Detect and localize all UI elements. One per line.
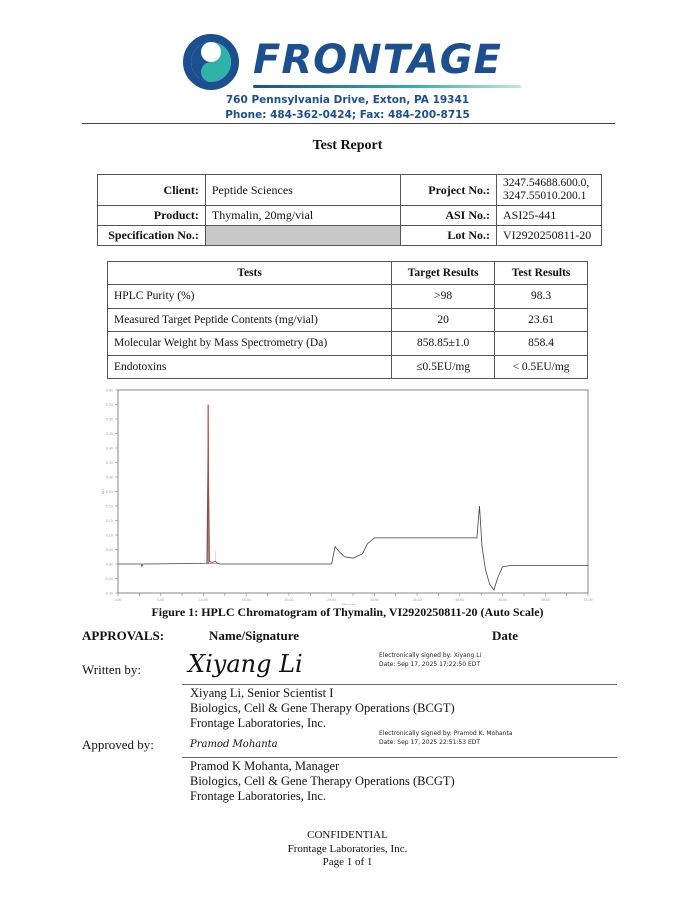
test-name: Measured Target Peptide Contents (mg/via… <box>108 308 392 332</box>
approver-name: Pramod K Mohanta, Manager <box>190 759 455 774</box>
esign-signer: Electronically signed by: Pramod K. Moha… <box>379 729 513 738</box>
test-result: 98.3 <box>495 285 588 309</box>
test-results-table: Tests Target Results Test Results HPLC P… <box>107 261 588 379</box>
approver-organization: Frontage Laboratories, Inc. <box>190 789 455 804</box>
logo-underline <box>253 85 521 88</box>
written-by-details: Xiyang Li, Senior Scientist I Biologics,… <box>190 686 455 731</box>
y-axis-label: AU <box>101 489 105 494</box>
svg-text:0.20: 0.20 <box>106 505 113 509</box>
lot-value: VI2920250811-20 <box>497 226 602 246</box>
svg-text:25.00: 25.00 <box>327 598 336 602</box>
confidential-notice: CONFIDENTIAL <box>0 829 695 843</box>
company-logo: FRONTAGE <box>183 34 513 90</box>
name-signature-heading: Name/Signature <box>209 628 299 644</box>
svg-text:-0.00: -0.00 <box>105 563 113 567</box>
svg-text:-0.10: -0.10 <box>105 592 113 596</box>
written-esignature: Electronically signed by: Xiyang Li Date… <box>379 651 481 669</box>
column-header-tests: Tests <box>108 262 392 285</box>
product-label: Product: <box>98 206 206 226</box>
svg-text:0.25: 0.25 <box>106 490 113 494</box>
asi-label: ASI No.: <box>401 206 497 226</box>
company-address: 760 Pennsylvania Drive, Exton, PA 19341 <box>0 94 695 106</box>
test-result: 23.61 <box>495 308 588 332</box>
svg-text:0.00: 0.00 <box>114 598 121 602</box>
page-number: Page 1 of 1 <box>0 856 695 870</box>
plot-frame <box>118 390 588 593</box>
report-title: Test Report <box>0 138 695 154</box>
product-value: Thymalin, 20mg/vial <box>205 206 400 226</box>
header-divider <box>82 123 615 124</box>
table-row: Client: Peptide Sciences Project No.: 32… <box>98 175 602 206</box>
frontage-logo-icon <box>183 34 239 90</box>
test-name: Endotoxins <box>108 355 392 379</box>
approved-esignature: Electronically signed by: Pramod K. Moha… <box>379 729 513 747</box>
hplc-chromatogram: -0.10-0.05-0.000.050.100.150.200.250.300… <box>95 385 595 605</box>
target-result: 858.85±1.0 <box>392 332 495 356</box>
approved-signature: Pramod Mohanta <box>190 739 278 750</box>
company-name: FRONTAGE <box>253 36 502 84</box>
test-result: < 0.5EU/mg <box>495 355 588 379</box>
company-phone: Phone: 484-362-0424; Fax: 484-200-8715 <box>0 109 695 121</box>
svg-text:0.40: 0.40 <box>106 447 113 451</box>
svg-text:0.05: 0.05 <box>106 548 113 552</box>
svg-text:55.00: 55.00 <box>583 598 592 602</box>
signer-department: Biologics, Cell & Gene Therapy Operation… <box>190 701 455 716</box>
svg-text:15.00: 15.00 <box>242 598 251 602</box>
table-row: Endotoxins ≤0.5EU/mg < 0.5EU/mg <box>108 355 588 379</box>
chromatogram-trace <box>118 405 588 591</box>
spec-value <box>205 226 400 246</box>
svg-text:-0.05: -0.05 <box>105 577 113 581</box>
signature-line <box>182 684 617 685</box>
approver-department: Biologics, Cell & Gene Therapy Operation… <box>190 774 455 789</box>
project-label: Project No.: <box>401 175 497 206</box>
svg-text:0.50: 0.50 <box>106 418 113 422</box>
esign-signer: Electronically signed by: Xiyang Li <box>379 651 481 660</box>
svg-text:30.00: 30.00 <box>370 598 379 602</box>
project-value: 3247.54688.600.0, 3247.55010.200.1 <box>497 175 602 206</box>
svg-text:35.00: 35.00 <box>413 598 422 602</box>
column-header-target: Target Results <box>392 262 495 285</box>
svg-text:0.45: 0.45 <box>106 432 113 436</box>
esign-date: Date: Sep 17, 2025 22:51:53 EDT <box>379 738 513 747</box>
signature-line <box>182 757 617 758</box>
svg-text:45.00: 45.00 <box>498 598 507 602</box>
written-by-label: Written by: <box>82 662 141 678</box>
svg-text:0.30: 0.30 <box>106 476 113 480</box>
svg-text:0.10: 0.10 <box>106 534 113 538</box>
target-result: >98 <box>392 285 495 309</box>
table-row: Molecular Weight by Mass Spectrometry (D… <box>108 332 588 356</box>
svg-text:40.00: 40.00 <box>455 598 464 602</box>
table-row: Measured Target Peptide Contents (mg/via… <box>108 308 588 332</box>
approved-by-details: Pramod K Mohanta, Manager Biologics, Cel… <box>190 759 455 804</box>
footer-organization: Frontage Laboratories, Inc. <box>0 843 695 857</box>
date-heading: Date <box>492 628 518 644</box>
client-label: Client: <box>98 175 206 206</box>
project-number-2: 3247.55010.200.1 <box>503 190 595 203</box>
svg-text:10.00: 10.00 <box>199 598 208 602</box>
spec-label: Specification No.: <box>98 226 206 246</box>
asi-value: ASI25-441 <box>497 206 602 226</box>
client-value: Peptide Sciences <box>205 175 400 206</box>
svg-text:0.15: 0.15 <box>106 519 113 523</box>
svg-text:5.00: 5.00 <box>157 598 164 602</box>
svg-text:0.60: 0.60 <box>106 389 113 393</box>
approvals-heading: APPROVALS: <box>82 628 164 644</box>
table-row: Specification No.: Lot No.: VI2920250811… <box>98 226 602 246</box>
signer-name: Xiyang Li, Senior Scientist I <box>190 686 455 701</box>
svg-text:20.00: 20.00 <box>284 598 293 602</box>
column-header-result: Test Results <box>495 262 588 285</box>
project-number-1: 3247.54688.600.0, <box>503 177 595 190</box>
test-name: HPLC Purity (%) <box>108 285 392 309</box>
page-footer: CONFIDENTIAL Frontage Laboratories, Inc.… <box>0 829 695 870</box>
table-row: Product: Thymalin, 20mg/vial ASI No.: AS… <box>98 206 602 226</box>
svg-text:0.35: 0.35 <box>106 461 113 465</box>
target-result: 20 <box>392 308 495 332</box>
sample-info-table: Client: Peptide Sciences Project No.: 32… <box>97 174 602 246</box>
test-result: 858.4 <box>495 332 588 356</box>
esign-date: Date: Sep 17, 2025 17:22:50 EDT <box>379 660 481 669</box>
svg-text:50.00: 50.00 <box>541 598 550 602</box>
table-header-row: Tests Target Results Test Results <box>108 262 588 285</box>
table-row: HPLC Purity (%) >98 98.3 <box>108 285 588 309</box>
svg-text:0.55: 0.55 <box>106 403 113 407</box>
figure-caption: Figure 1: HPLC Chromatogram of Thymalin,… <box>0 605 695 620</box>
test-name: Molecular Weight by Mass Spectrometry (D… <box>108 332 392 356</box>
lot-label: Lot No.: <box>401 226 497 246</box>
written-signature: Xiyang Li <box>188 650 303 678</box>
target-result: ≤0.5EU/mg <box>392 355 495 379</box>
approved-by-label: Approved by: <box>82 737 154 753</box>
